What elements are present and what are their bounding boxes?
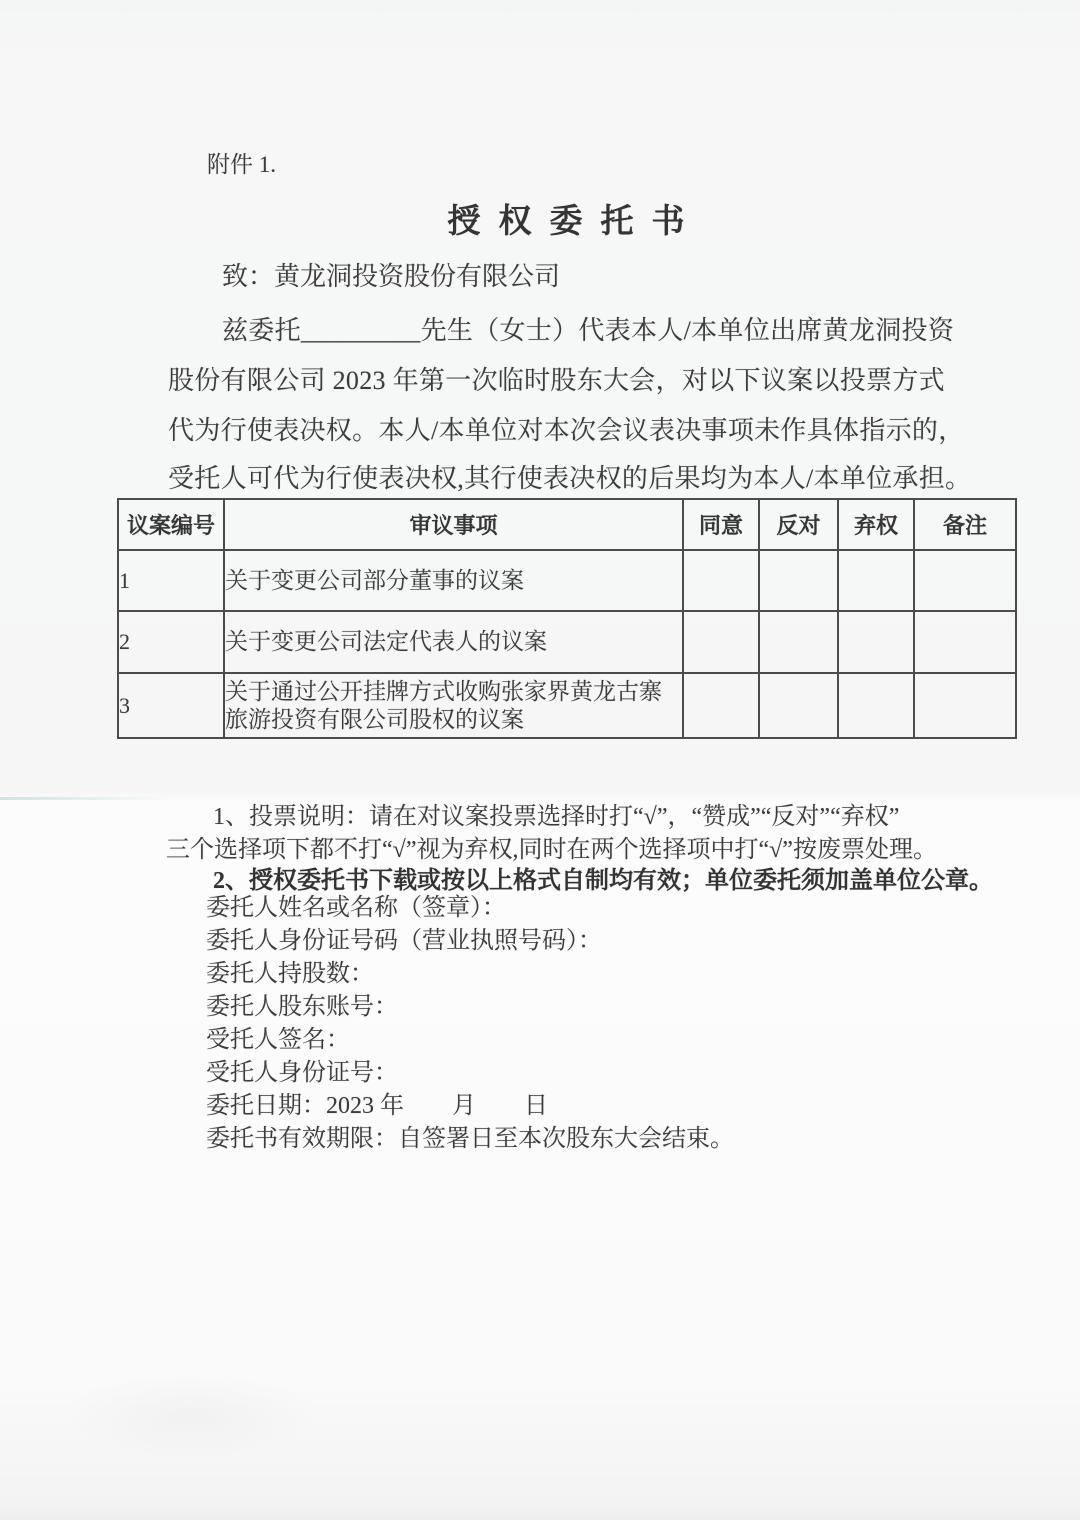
scan-artifact-line — [0, 797, 170, 800]
vote-cell-abstain — [838, 550, 914, 611]
field-proxy-signature: 受托人签名： — [206, 1024, 734, 1057]
proposal-item: 关于变更公司部分董事的议案 — [224, 550, 683, 611]
col-header-agree: 同意 — [683, 499, 759, 550]
attachment-label: 附件 1. — [207, 146, 276, 179]
col-header-proposal-no: 议案编号 — [118, 499, 224, 550]
scan-artifact-smudge — [60, 1370, 320, 1460]
col-header-abstain: 弃权 — [838, 499, 914, 550]
proposal-no: 3 — [118, 673, 224, 738]
col-header-against: 反对 — [759, 499, 838, 550]
proposal-no: 2 — [118, 611, 224, 673]
vote-cell-abstain — [838, 673, 914, 738]
vote-cell-against — [759, 550, 838, 611]
body-line: 兹委托_________先生（女士）代表本人/本单位出席黄龙洞投资 — [222, 310, 954, 347]
proposal-no: 1 — [118, 550, 224, 611]
field-proxy-id: 受托人身份证号： — [206, 1057, 734, 1090]
col-header-item: 审议事项 — [224, 499, 683, 550]
field-principal-id: 委托人身份证号码（营业执照号码）： — [206, 925, 734, 958]
vote-cell-agree — [683, 550, 759, 611]
field-validity-period: 委托书有效期限：自签署日至本次股东大会结束。 — [206, 1123, 734, 1156]
field-principal-shares: 委托人持股数： — [206, 958, 734, 991]
table-header-row: 议案编号 审议事项 同意 反对 弃权 备注 — [118, 499, 1016, 550]
proposal-item: 关于变更公司法定代表人的议案 — [224, 611, 683, 673]
vote-cell-against — [759, 673, 838, 738]
table-row: 1 关于变更公司部分董事的议案 — [118, 550, 1016, 611]
field-principal-account: 委托人股东账号： — [206, 991, 734, 1024]
document-title: 授权委托书 — [117, 195, 1015, 242]
table-row: 3 关于通过公开挂牌方式收购张家界黄龙古寨旅游投资有限公司股权的议案 — [118, 673, 1016, 738]
note-line-1: 1、投票说明：请在对议案投票选择时打“√”，“赞成”“反对”“弃权” — [213, 796, 899, 831]
scanned-document-page: 附件 1. 授权委托书 致：黄龙洞投资股份有限公司 兹委托_________先生… — [0, 0, 1080, 1520]
remark-cell — [914, 550, 1016, 611]
vote-cell-abstain — [838, 611, 914, 673]
body-line: 受托人可代为行使表决权,其行使表决权的后果均为本人/本单位承担。 — [168, 458, 971, 495]
body-line: 代为行使表决权。本人/本单位对本次会议表决事项未作具体指示的， — [168, 410, 965, 447]
vote-cell-agree — [683, 673, 759, 738]
field-date: 委托日期：2023 年 月 日 — [206, 1090, 734, 1123]
proposal-table: 议案编号 审议事项 同意 反对 弃权 备注 1 关于变更公司部分董事的议案 2 … — [117, 498, 1017, 739]
body-line: 股份有限公司 2023 年第一次临时股东大会，对以下议案以投票方式 — [168, 360, 945, 397]
proposal-item: 关于通过公开挂牌方式收购张家界黄龙古寨旅游投资有限公司股权的议案 — [224, 673, 683, 738]
field-principal-name: 委托人姓名或名称（签章）： — [206, 892, 734, 925]
note-line-3: 2、授权委托书下载或按以上格式自制均有效；单位委托须加盖单位公章。 — [213, 860, 993, 895]
salutation-line: 致：黄龙洞投资股份有限公司 — [222, 256, 560, 293]
remark-cell — [914, 673, 1016, 738]
table-row: 2 关于变更公司法定代表人的议案 — [118, 611, 1016, 673]
vote-cell-against — [759, 611, 838, 673]
signature-fields: 委托人姓名或名称（签章）： 委托人身份证号码（营业执照号码）： 委托人持股数： … — [206, 892, 734, 1156]
note-line-2: 三个选择项下都不打“√”视为弃权,同时在两个选择项中打“√”按废票处理。 — [166, 829, 937, 864]
remark-cell — [914, 611, 1016, 673]
col-header-remark: 备注 — [914, 499, 1016, 550]
vote-cell-agree — [683, 611, 759, 673]
